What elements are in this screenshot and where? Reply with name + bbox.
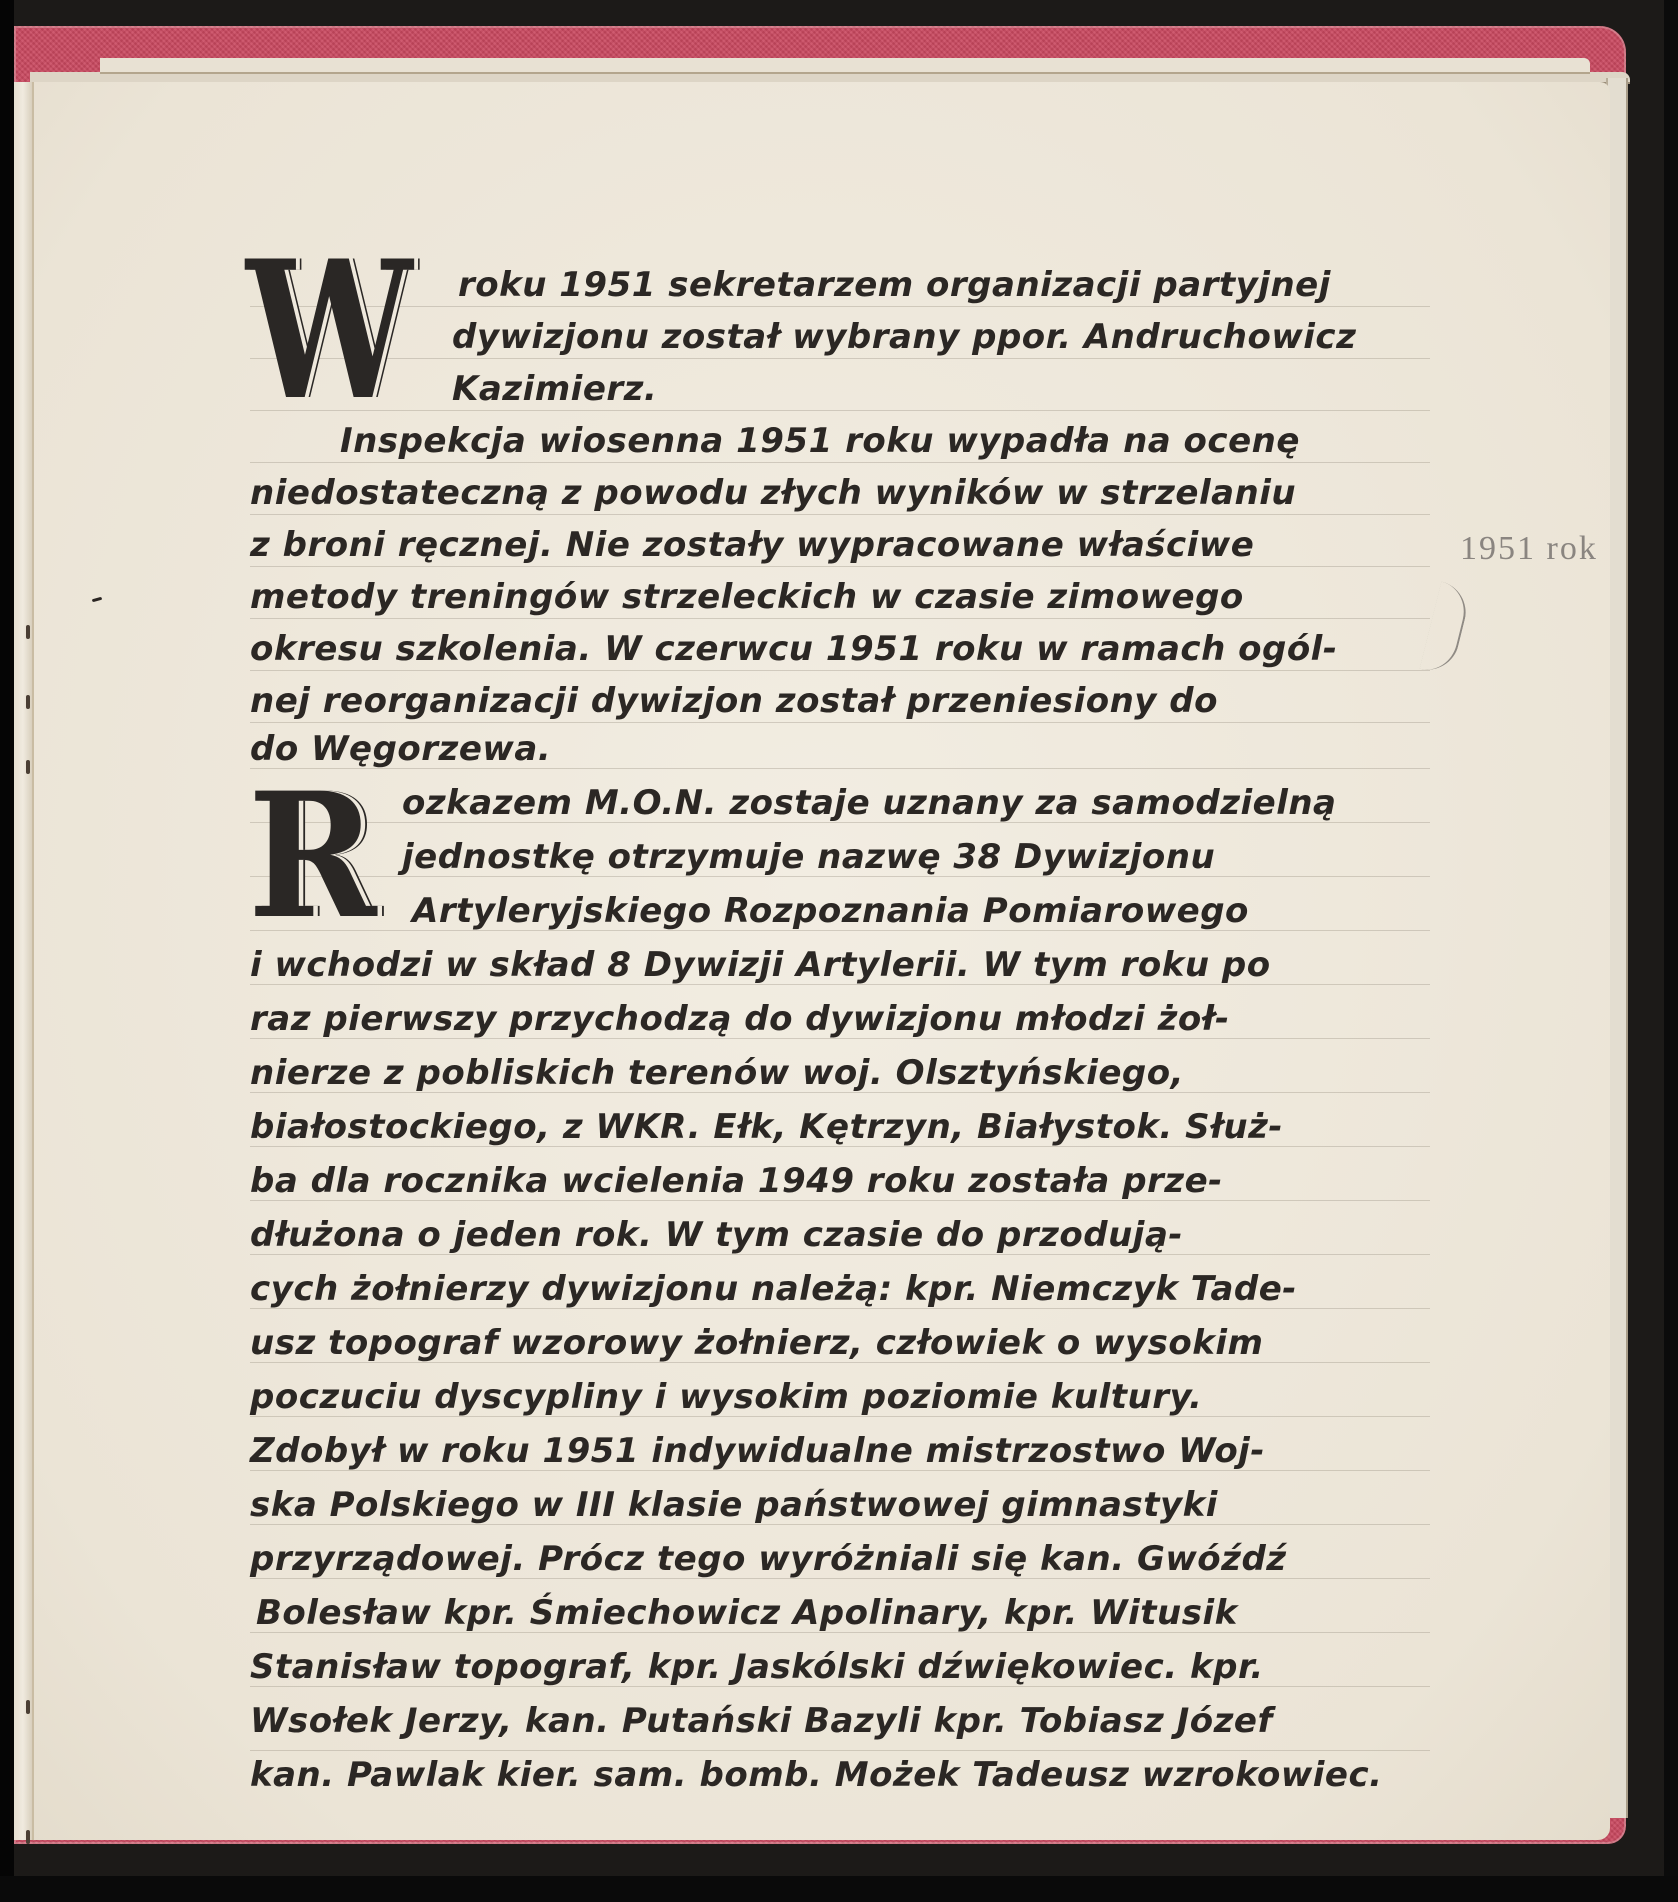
- text-line: okresu szkolenia. W czerwcu 1951 roku w …: [250, 632, 1337, 666]
- text-line: ba dla rocznika wcielenia 1949 roku zost…: [250, 1164, 1223, 1198]
- text-line: poczuciu dyscypliny i wysokim poziomie k…: [250, 1380, 1202, 1414]
- text-line: kan. Pawlak kier. sam. bomb. Możek Tadeu…: [250, 1758, 1383, 1792]
- text-line: przyrządowej. Prócz tego wyróżniali się …: [250, 1542, 1287, 1576]
- text-line: metody treningów strzeleckich w czasie z…: [250, 580, 1244, 614]
- handwritten-text-block: W roku 1951 sekretarzem organizacji part…: [0, 0, 1678, 1902]
- text-line: Kazimierz.: [452, 372, 657, 406]
- drop-cap-w: W: [246, 236, 408, 426]
- text-line: usz topograf wzorowy żołnierz, człowiek …: [250, 1326, 1263, 1360]
- pencil-margin-note: 1951 rok: [1460, 530, 1598, 568]
- text-line: z broni ręcznej. Nie zostały wypracowane…: [250, 528, 1254, 562]
- text-line: jednostkę otrzymuje nazwę 38 Dywizjonu: [402, 840, 1215, 874]
- text-line: roku 1951 sekretarzem organizacji partyj…: [458, 268, 1331, 302]
- text-line: cych żołnierzy dywizjonu należą: kpr. Ni…: [250, 1272, 1297, 1306]
- text-line: dłużona o jeden rok. W tym czasie do prz…: [250, 1218, 1183, 1252]
- text-line: ska Polskiego w III klasie państwowej gi…: [250, 1488, 1218, 1522]
- text-line: raz pierwszy przychodzą do dywizjonu mło…: [250, 1002, 1230, 1036]
- drop-cap-r: R: [248, 770, 377, 942]
- text-line: Zdobył w roku 1951 indywidualne mistrzos…: [250, 1434, 1265, 1468]
- text-line: ozkazem M.O.N. zostaje uznany za samodzi…: [402, 786, 1337, 820]
- text-line: białostockiego, z WKR. Ełk, Kętrzyn, Bia…: [250, 1110, 1283, 1144]
- text-line: i wchodzi w skład 8 Dywizji Artylerii. W…: [250, 948, 1271, 982]
- text-line: dywizjonu został wybrany ppor. Andruchow…: [452, 320, 1356, 354]
- text-line: nierze z pobliskich terenów woj. Olsztyń…: [250, 1056, 1184, 1090]
- text-line: nej reorganizacji dywizjon został przeni…: [250, 684, 1218, 718]
- text-line: Inspekcja wiosenna 1951 roku wypadła na …: [340, 424, 1300, 458]
- text-line: Bolesław kpr. Śmiechowicz Apolinary, kpr…: [256, 1596, 1238, 1630]
- text-line: Stanisław topograf, kpr. Jaskólski dźwię…: [250, 1650, 1264, 1684]
- text-line: Artyleryjskiego Rozpoznania Pomiarowego: [412, 894, 1249, 928]
- text-line: niedostateczną z powodu złych wyników w …: [250, 476, 1296, 510]
- text-line: Wsołek Jerzy, kan. Putański Bazyli kpr. …: [250, 1704, 1273, 1738]
